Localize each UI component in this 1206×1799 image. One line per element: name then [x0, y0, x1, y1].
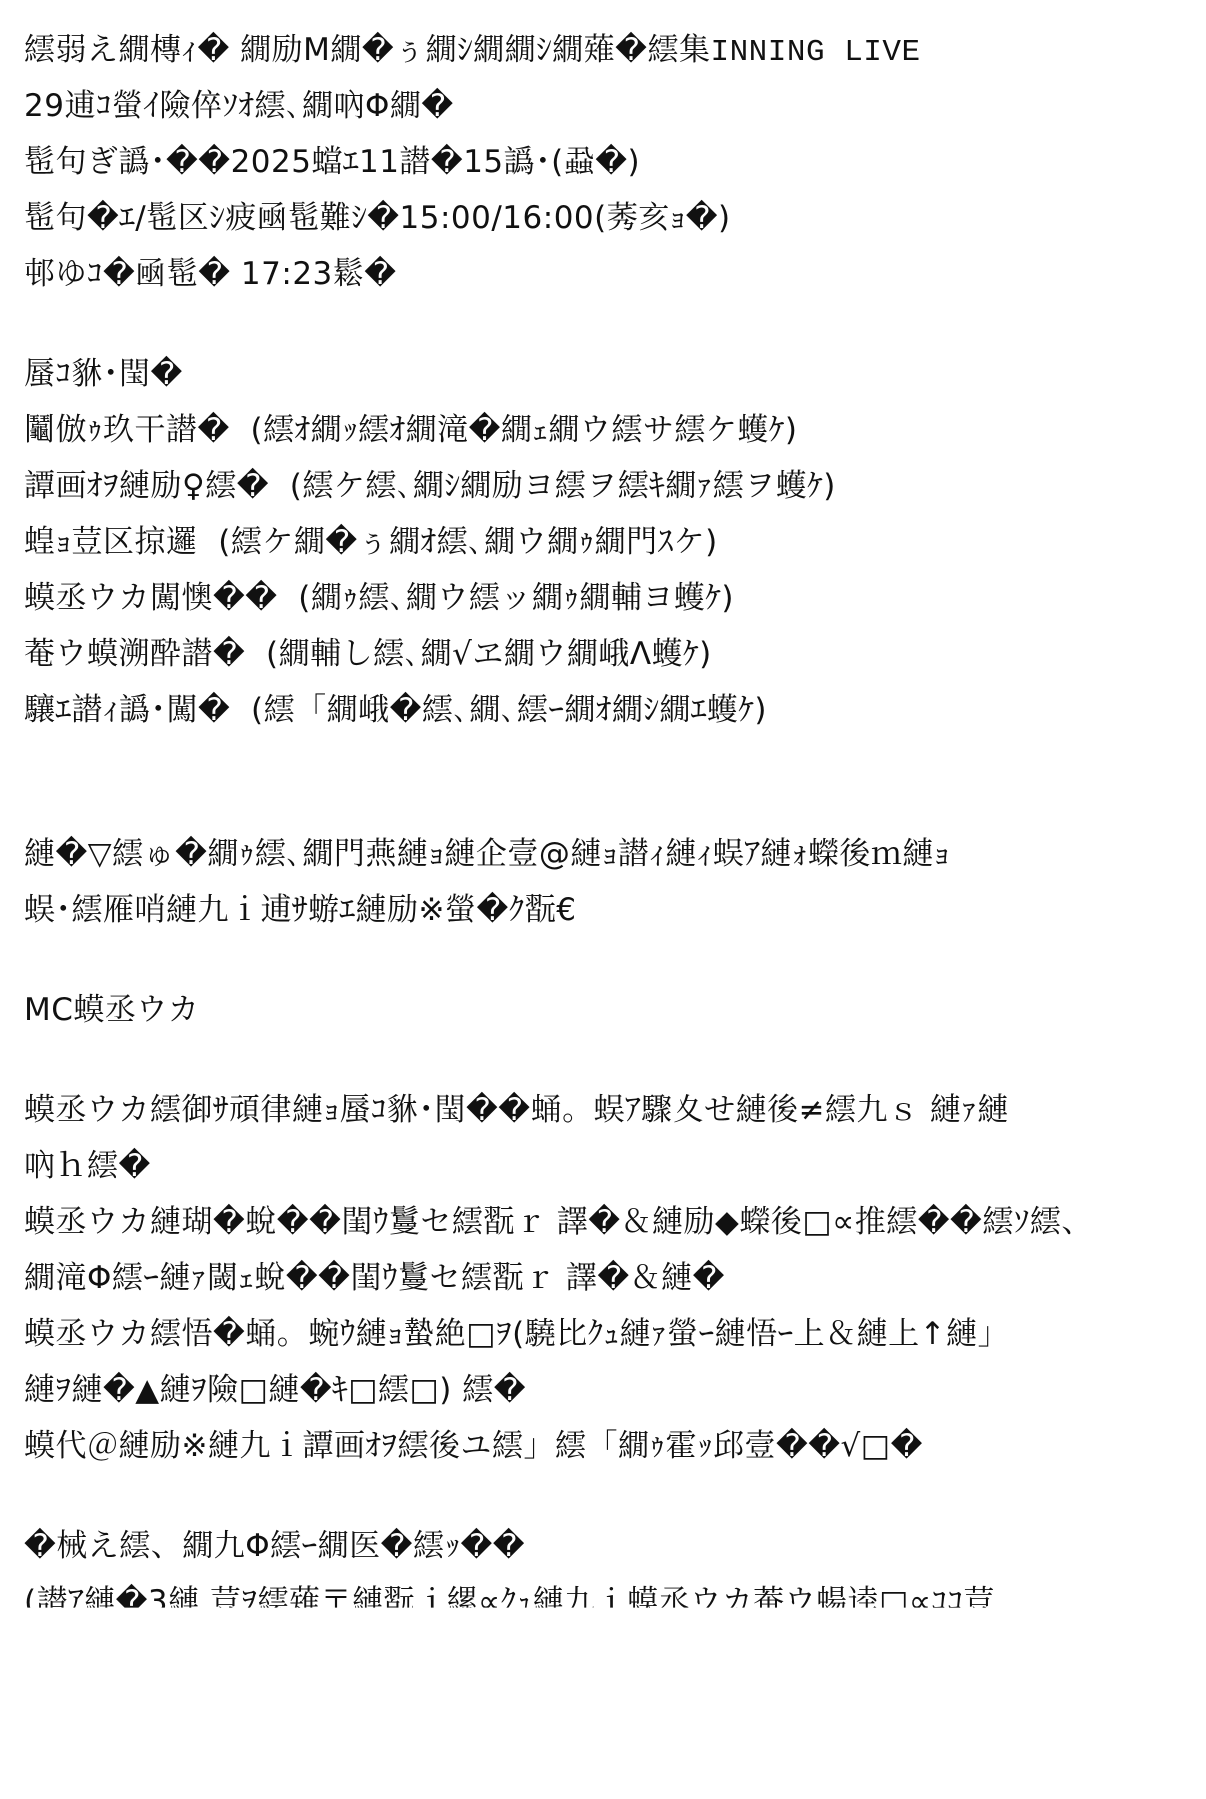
- cast-heading: 蜃ｺ貅･閠�: [24, 346, 1206, 402]
- cast-member: 鬮倣ｩ玖干譛� (繧ｵ繝ｯ繧ｵ繝滝�繝ｪ繝ウ繧サ繧ケ蠖ｹ): [24, 402, 1206, 458]
- mc-paragraph-1-line-2: 吶ｈ繧�: [24, 1138, 1206, 1194]
- cast-member: 譚画ｵｦ縺励♀繧� (繧ケ繧､繝ｼ繝励ヨ繧ヲ繧ｷ繝ｧ繧ヲ蠖ｹ): [24, 458, 1206, 514]
- event-times: 髢句�ｴ/髢区ｼ疲凾髢難ｼ�15:00/16:00(莠亥ｮ�): [24, 190, 1206, 246]
- intro-line-1: 縺�▽繧ゅ�繝ｩ繧､繝門燕縺ｮ縺企壹@縺ｮ譛ｨ縺ｨ蜈ｱ縺ｫ蠑後ｍ縺ｮ: [24, 826, 1206, 882]
- spacer: [24, 804, 1206, 826]
- mc-paragraph-1-line-1: 蟆丞ウカ繧御ｻ頑律縺ｮ蜃ｺ貅･閠��蛹。蜈ｱ驟夊せ縺後≠繧九ｓ 縺ｧ縺: [24, 1082, 1206, 1138]
- spacer: [24, 1474, 1206, 1518]
- spacer: [24, 738, 1206, 804]
- document-body: 繧弱え繝槫ｨ� 繝励Μ繝�ぅ繝ｼ繝繝ｼ繝薙�繧集INNING LIVE 29逋ｺ…: [24, 22, 1206, 1630]
- mc-paragraph-2-line-2: 繝滝Φ繧ｰ縺ｧ閾ｪ蛻��閨ｳ鬘セ繧翫ｒ 譯�＆縺�: [24, 1250, 1206, 1306]
- cast-member-name: 菴ウ蟆溯酔譛�: [24, 636, 245, 672]
- cast-member: 蟆丞ウカ闖懊�� (繝ｩ繧､繝ウ繧ッ繝ｩ繝輔ヨ蠖ｹ): [24, 570, 1206, 626]
- cast-member-role: (繧ｵ繝ｯ繧ｵ繝滝�繝ｪ繝ウ繧サ繧ケ蠖ｹ): [251, 412, 798, 448]
- title-line-2: 29逋ｺ螢ｲ險倅ｿｵ繧､繝吶Φ繝�: [24, 78, 1206, 134]
- mc-heading: MC蟆丞ウカ: [24, 982, 1206, 1038]
- cast-member-name: 蟆丞ウカ闖懊��: [24, 580, 278, 616]
- cast-member-name: 譚画ｵｦ縺励♀繧�: [24, 468, 269, 504]
- mc-paragraph-2-line-1: 蟆丞ウカ縺瑚�蛻��閨ｳ鬘セ繧翫ｒ 譯�＆縺励◆蠑後□∝推繧��繧ｿ繧、: [24, 1194, 1206, 1250]
- title-text: 繧弱え繝槫ｨ� 繝励Μ繝�ぅ繝ｼ繝繝ｼ繝薙�繧集: [24, 32, 710, 68]
- section-2-line-1: (譛ｱ縺�3縺 荳ｦ繧薙〒縺翫ｊ縲∝ｸｭ縺九ｉ蟆丞ウカ菴ウ蝪逵□∝ｺｺ荳: [24, 1574, 1206, 1630]
- event-end-time: 邨ゆｺ�凾髢� 17:23鬆�: [24, 246, 1206, 302]
- cast-member: 驤ｴ譛ｨ譌･闖� (繧「繝峨�繧､繝､繧ｰ繝ｵ繝ｼ繝ｴ蠖ｹ): [24, 682, 1206, 738]
- cast-member-role: (繧ケ繝�ぅ繝ｵ繧､繝ウ繝ｩ繝門ｽケ): [218, 524, 717, 560]
- cast-member-name: 鬮倣ｩ玖干譛�: [24, 412, 230, 448]
- cast-member: 菴ウ蟆溯酔譛� (繝輔し繧､繝√ヱ繝ウ繝峨Λ蠖ｹ): [24, 626, 1206, 682]
- cast-member-name: 蝗ｮ荳区掠邏: [24, 524, 198, 560]
- mc-paragraph-3-line-2: 縺ｦ縺�▲縺ｦ險□縺�ｷ□繧□) 繧�: [24, 1362, 1206, 1418]
- cast-member-role: (繧ケ繧､繝ｼ繝励ヨ繧ヲ繧ｷ繝ｧ繧ヲ蠖ｹ): [290, 468, 836, 504]
- spacer: [24, 938, 1206, 982]
- mc-paragraph-3-line-1: 蟆丞ウカ繧悟�蛹。蜿ｳ縺ｮ蟄絶□ｦ(驍比ｸｭ縺ｧ螢ｰ縺悟ｰ上＆縺上↑縺」: [24, 1306, 1206, 1362]
- intro-line-2: 蜈･繧雁哨縺九ｉ逋ｻ蝣ｴ縺励※螢�ｸ翫€: [24, 882, 1206, 938]
- cast-member: 蝗ｮ荳区掠邏 (繧ケ繝�ぅ繝ｵ繧､繝ウ繝ｩ繝門ｽケ): [24, 514, 1206, 570]
- spacer: [24, 302, 1206, 346]
- cast-member-role: (繝輔し繧､繝√ヱ繝ウ繝峨Λ蠖ｹ): [266, 636, 712, 672]
- title-line: 繧弱え繝槫ｨ� 繝励Μ繝�ぅ繝ｼ繝繝ｼ繝薙�繧集INNING LIVE: [24, 22, 1206, 78]
- section-2-heading: �械え繧、繝九Φ繧ｰ繝医�繧ｯ��: [24, 1518, 1206, 1574]
- mc-paragraph-4-line-1: 蟆代＠縺励※縺九ｉ譚画ｵｦ繧後ユ繧」繧「繝ｩ霍ｯ邱壹��√□�: [24, 1418, 1206, 1474]
- cast-member-role: (繧「繝峨�繧､繝､繧ｰ繝ｵ繝ｼ繝ｴ蠖ｹ): [251, 692, 767, 728]
- cast-member-name: 驤ｴ譛ｨ譌･闖�: [24, 692, 230, 728]
- title-suffix: INNING LIVE: [710, 35, 920, 70]
- spacer: [24, 1038, 1206, 1082]
- event-date: 髢句ぎ譌･��2025蟷ｴ11譛�15譌･(蝨�): [24, 134, 1206, 190]
- cast-member-role: (繝ｩ繧､繝ウ繧ッ繝ｩ繝輔ヨ蠖ｹ): [298, 580, 734, 616]
